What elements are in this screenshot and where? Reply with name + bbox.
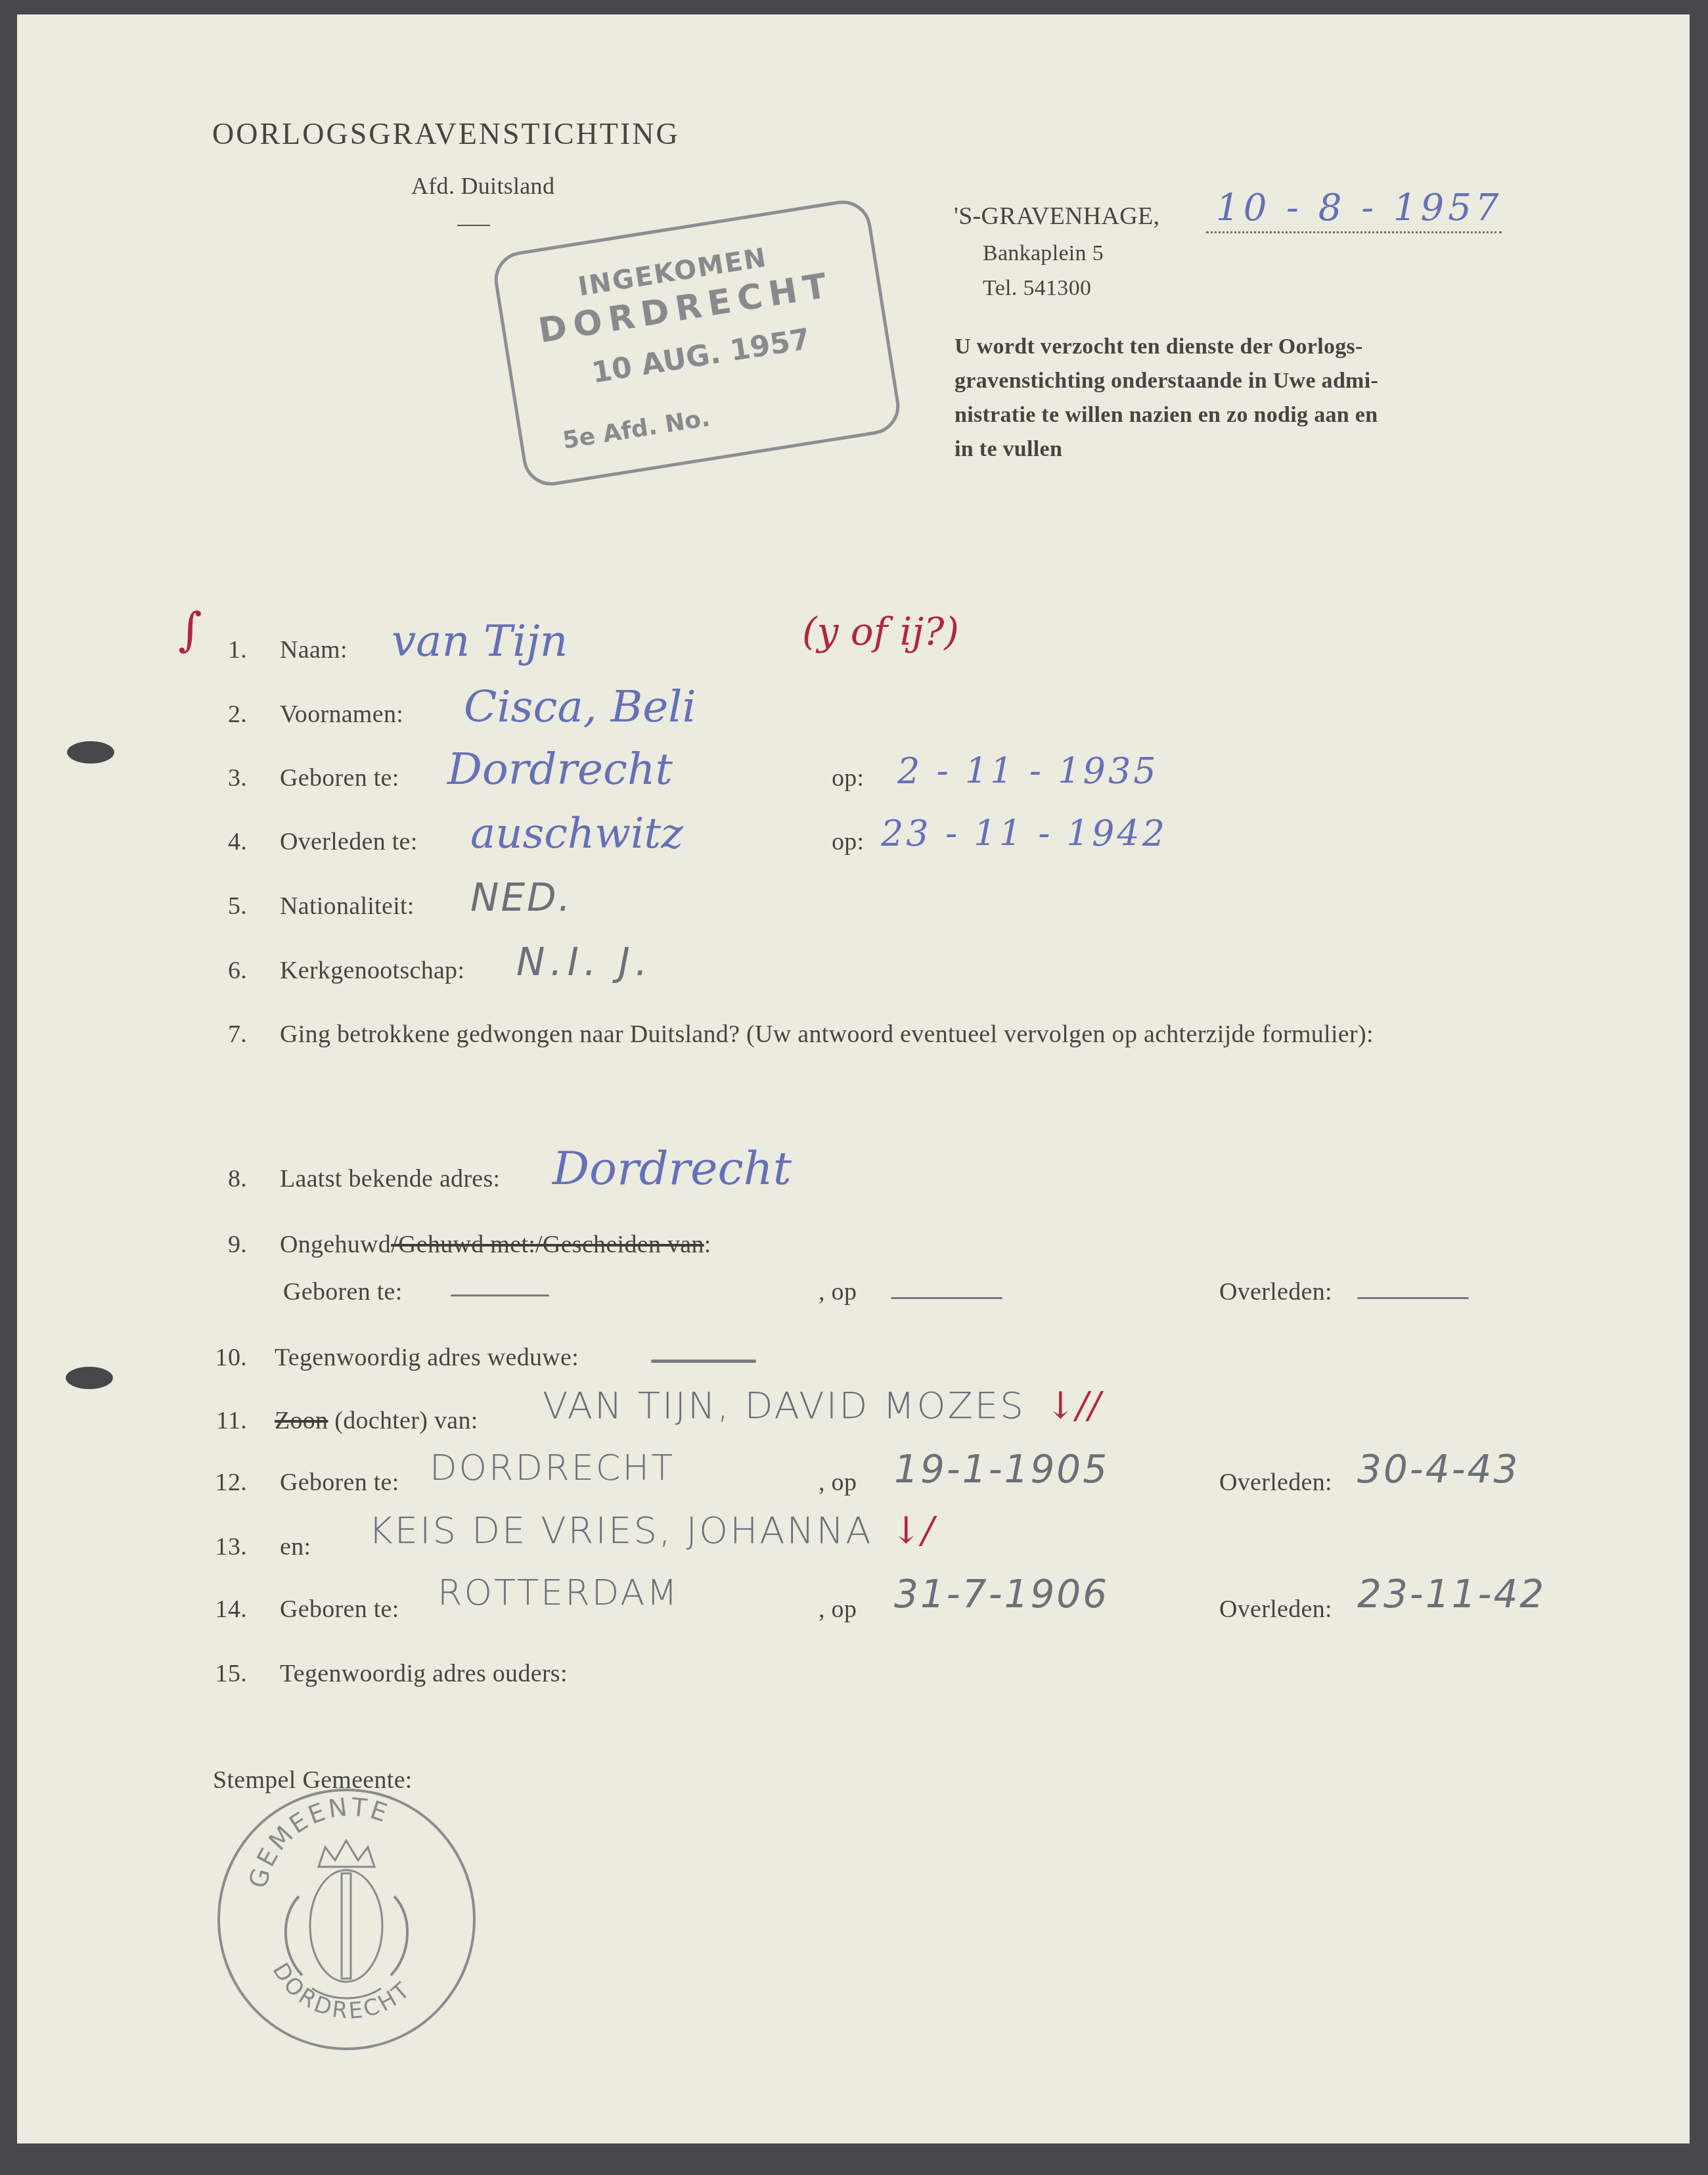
item-14-died-label: Overleden: <box>1219 1595 1332 1624</box>
city-label: 'S-GRAVENHAGE, <box>954 202 1159 231</box>
item-8-value[interactable]: Dordrecht <box>552 1141 792 1195</box>
item-1-value[interactable]: van Tijn <box>392 616 568 666</box>
item-8-number: 8. <box>194 1164 247 1193</box>
item-3-date-label: op: <box>832 764 864 792</box>
item-3-value[interactable]: Dordrecht <box>447 744 673 794</box>
item-5-value[interactable]: NED. <box>470 875 572 920</box>
item-1-annotation: (y of ij?) <box>802 609 959 654</box>
item-12-number: 12. <box>194 1468 247 1497</box>
item-14-value[interactable]: ROTTERDAM <box>438 1572 679 1613</box>
municipal-seal: GEMEENTE DORDRECHT <box>217 1789 476 2050</box>
item-2-label: Voornamen: <box>280 700 403 729</box>
item-13-value[interactable]: KEIS DE VRIES, JOHANNA <box>369 1509 873 1552</box>
item-1-number: 1. <box>194 635 247 664</box>
item-9-label-struck: /Gehuwd met:/Gescheiden van <box>391 1231 704 1258</box>
red-check-mark-1: ↓// <box>1045 1385 1101 1427</box>
request-line-1: U wordt verzocht ten dienste der Oorlogs… <box>955 330 1378 364</box>
item-1-label: Naam: <box>280 635 348 664</box>
document-page: OORLOGSGRAVENSTICHTING Afd. Duitsland IN… <box>17 14 1690 2143</box>
item-14-date[interactable]: 31-7-1906 <box>894 1572 1109 1616</box>
punch-hole-top <box>67 741 114 764</box>
item-9-born-label: Geboren te: <box>283 1277 403 1306</box>
item-12-date-label: , op <box>819 1468 857 1497</box>
request-line-4: in te vullen <box>955 432 1378 467</box>
request-line-3: nistratie te willen nazien en zo nodig a… <box>955 398 1378 432</box>
item-12-label: Geboren te: <box>280 1468 399 1497</box>
item-9-label: Ongehuwd/Gehuwd met:/Gescheiden van: <box>280 1230 711 1259</box>
item-6-value[interactable]: N.I. J. <box>516 940 652 984</box>
item-11-label-text: (dochter) van: <box>334 1407 478 1434</box>
item-3-number: 3. <box>194 764 247 792</box>
item-2-number: 2. <box>194 700 247 729</box>
punch-hole-bottom <box>66 1367 113 1389</box>
red-check-mark-2: ↓/ <box>891 1509 934 1552</box>
item-13-number: 13. <box>194 1532 247 1561</box>
item-11-value[interactable]: VAN TIJN, DAVID MOZES <box>543 1385 1025 1427</box>
item-9-died-label: Overleden: <box>1219 1277 1332 1306</box>
item-9-label-end: : <box>704 1231 711 1258</box>
stamp-department: 5e Afd. No. <box>561 405 712 455</box>
request-line-2: gravenstichting onderstaande in Uwe admi… <box>955 364 1378 398</box>
item-4-label: Overleden te: <box>280 827 418 856</box>
letter-date: 10 - 8 - 1957 <box>1216 187 1502 229</box>
item-14-label: Geboren te: <box>280 1595 399 1624</box>
item-4-value[interactable]: auschwitz <box>470 810 683 858</box>
item-14-date-label: , op <box>819 1595 857 1624</box>
item-13-label: en: <box>280 1532 311 1561</box>
item-9-number: 9. <box>194 1230 247 1259</box>
item-9-label-kept: Ongehuwd <box>280 1231 391 1258</box>
item-4-date-label: op: <box>832 827 864 856</box>
item-12-value[interactable]: DORDRECHT <box>430 1447 675 1488</box>
item-11-label: Zoon (dochter) van: <box>275 1406 478 1435</box>
seal-graphic: GEMEENTE DORDRECHT <box>220 1791 473 2048</box>
item-9-on-blank[interactable] <box>891 1297 1002 1299</box>
crown-icon <box>319 1841 374 1867</box>
item-5-label: Nationaliteit: <box>280 892 415 921</box>
received-stamp: INGEKOMEN DORDRECHT 10 AUG. 1957 5e Afd.… <box>490 196 903 490</box>
item-9-born-blank[interactable] <box>451 1294 549 1296</box>
item-10-number: 10. <box>194 1343 247 1372</box>
item-6-number: 6. <box>194 956 247 985</box>
item-4-number: 4. <box>194 827 247 856</box>
item-11-number: 11. <box>194 1406 247 1435</box>
item-7-number: 7. <box>194 1020 247 1049</box>
item-10-blank[interactable] <box>651 1360 756 1363</box>
item-12-date[interactable]: 19-1-1905 <box>894 1447 1109 1492</box>
item-9-died-blank[interactable] <box>1357 1297 1469 1299</box>
date-dotted-line <box>1206 231 1502 233</box>
phone: Tel. 541300 <box>983 276 1091 301</box>
item-2-value[interactable]: Cisca, Beli <box>464 681 696 732</box>
item-6-label: Kerkgenootschap: <box>280 956 464 985</box>
item-14-number: 14. <box>194 1595 247 1624</box>
item-15-label: Tegenwoordig adres ouders: <box>280 1659 568 1688</box>
item-9-on-label: , op <box>819 1277 857 1306</box>
item-5-number: 5. <box>194 892 247 921</box>
header-divider <box>457 225 490 226</box>
item-12-died[interactable]: 30-4-43 <box>1357 1447 1519 1492</box>
address: Bankaplein 5 <box>983 241 1104 266</box>
seal-top-text: GEMEENTE <box>243 1792 393 1891</box>
item-3-date[interactable]: 2 - 11 - 1935 <box>897 750 1159 792</box>
item-10-label: Tegenwoordig adres weduwe: <box>275 1343 579 1372</box>
request-text: U wordt verzocht ten dienste der Oorlogs… <box>955 330 1378 467</box>
department-name: Afd. Duitsland <box>411 172 554 200</box>
stamp-label: Stempel Gemeente: <box>213 1766 413 1795</box>
item-8-label: Laatst bekende adres: <box>280 1164 500 1193</box>
item-3-label: Geboren te: <box>280 764 399 792</box>
item-4-date[interactable]: 23 - 11 - 1942 <box>881 813 1167 854</box>
item-14-died[interactable]: 23-11-42 <box>1357 1572 1546 1616</box>
item-11-label-struck: Zoon <box>275 1407 328 1434</box>
organization-name: OORLOGSGRAVENSTICHTING <box>212 116 680 151</box>
item-15-number: 15. <box>194 1659 247 1688</box>
item-7-label: Ging betrokkene gedwongen naar Duitsland… <box>280 1020 1374 1049</box>
item-12-died-label: Overleden: <box>1219 1468 1332 1497</box>
